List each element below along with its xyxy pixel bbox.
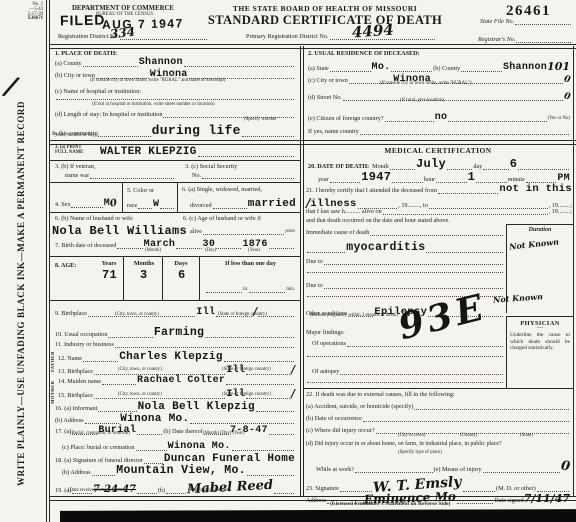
s16a-label: 16. (a) Informant [55, 405, 97, 412]
dotted-line [457, 501, 493, 504]
s3-ssn-label: 3. (c) Social Security [185, 163, 237, 170]
s2-city-note: (If outside city or town limits, write "… [380, 82, 472, 87]
s8-days-value: 6 [178, 268, 186, 282]
s15-note-2: (State or foreign country) [222, 393, 271, 398]
s6b-label: 6. (b) Name of husband or wife [55, 215, 133, 222]
dotted-line [176, 246, 201, 249]
filler-line [306, 380, 504, 383]
s2-country-row: If yes, name country [308, 128, 570, 135]
s2-title: 2. USUAL RESIDENCE OF DECEASED: [308, 50, 420, 57]
board-of-health-line: THE STATE BOARD OF HEALTH OF MISSOURI [210, 4, 440, 13]
s8-days-header: Days [168, 260, 194, 267]
cell-divider [177, 183, 178, 212]
dotted-line [515, 22, 571, 25]
of-autopsy-label: Of autopsy [312, 368, 339, 375]
age-divider [162, 257, 163, 300]
s2-state-label: (a) State [308, 65, 329, 72]
dotted-line [340, 372, 503, 375]
s1-hospital-line [55, 97, 295, 100]
dotted-line [247, 473, 294, 476]
s8-min-label: min. [286, 288, 295, 293]
dotted-line [108, 335, 152, 338]
s2-county-handwritten: 101 [547, 60, 570, 73]
due-to-label-2: Due to [306, 282, 323, 289]
s21-cause-value: myocarditis [346, 241, 425, 254]
s6b-value: Nola Bell Williams [52, 224, 187, 238]
s19a-note: (Date received local registrar) [68, 489, 125, 494]
dotted-line [330, 69, 371, 72]
s9-note-1: (City, town, or county) [115, 313, 159, 318]
medical-certification-title: MEDICAL CERTIFICATION [306, 146, 570, 155]
s21-cause-label: Immediate cause of death [306, 229, 369, 236]
s5-color-value: W [153, 199, 159, 210]
state-file-label: State File No. [480, 18, 514, 25]
s18b-label: (b) Address [62, 469, 91, 476]
s2-county-label: (b) County [433, 65, 460, 72]
s20-hour-label: hour [424, 176, 435, 183]
s23-date-signed-value: 7/11/47 [524, 492, 570, 505]
dotted-line [448, 119, 546, 122]
s17c-row: (c) Place: burial or cremation Winona Mo… [62, 441, 295, 451]
s18b-row: (b) Address Mountain View, Mo. [62, 464, 295, 476]
s22-title: 22. If death was due to external causes,… [306, 391, 455, 398]
s2-citizen-label: (e) Citizen of foreign country? [308, 115, 384, 122]
s20-year-value: 1947 [361, 170, 391, 184]
s22a-label: (a) Accident, suicide, or homicide (spec… [306, 403, 413, 410]
s2-city-label: (c) City or town [308, 77, 348, 84]
dotted-line [198, 154, 294, 157]
s22c-note-2: (County) [460, 434, 477, 439]
s3-name-row: WALTER KLEPZIG [100, 146, 295, 157]
s2-street-note: (If rural, give location) [400, 99, 444, 104]
right-border [573, 46, 574, 497]
s5-color-row: race W [127, 199, 175, 209]
dotted-line [360, 132, 569, 135]
s18a-label: 18. (a) Signature of funeral director [55, 457, 143, 464]
s22c-label: (c) Where did injury occur? [306, 427, 375, 434]
s17a-label: 17. (a) [55, 428, 71, 435]
dotted-line [274, 491, 294, 494]
dotted-line [190, 421, 294, 424]
s8-hr-label: hr. [243, 288, 248, 293]
s4-sex-row: 4. Sex M 0 [55, 198, 117, 208]
s1-county-row: (a) County Shannon [55, 57, 295, 67]
s2-country-label: If yes, name country [308, 128, 359, 135]
s3-ssn-no-label: No. [192, 172, 201, 179]
s6c-years-note: years [285, 230, 295, 235]
s5-color-label-1: 5. Color or [127, 187, 154, 194]
dotted-line [90, 176, 174, 179]
margin-rule-inner [49, 0, 50, 522]
dotted-line [414, 407, 569, 410]
section-rule-1 [50, 140, 576, 145]
s16a-row: 16. (a) Informant Nola Bell Klepzig [55, 401, 295, 412]
dotted-line [426, 250, 503, 253]
s2-citizen-row: (e) Citizen of foreign country? no (Yes … [308, 112, 570, 122]
s21-cause-row: Immediate cause of death [306, 229, 504, 236]
s21-seg-3: , 19........; [549, 208, 572, 215]
s22e-row: While at work? (e) Means of injury 0 [316, 459, 570, 473]
s3-veteran-war-label: name war [65, 172, 89, 179]
s3-name-label: 3. (a) PRINT FULL NAME [55, 146, 83, 156]
s3-veteran-war-row: name war [65, 172, 175, 179]
other-conditions-note: (Include pregnancy within 3 months of de… [310, 314, 398, 319]
dotted-line [115, 345, 294, 348]
physician-instruction: Underline the cause to which death shoul… [507, 331, 573, 353]
dotted-line [117, 246, 142, 249]
s4-sex-label: 4. Sex [55, 201, 70, 208]
of-operations-label: Of operations [312, 340, 346, 347]
s19b-note: (Registrar's signature) [188, 489, 230, 494]
s16b-value: Winona Mo. [120, 413, 189, 425]
s20-row2: year 1947 hour 1 minute PM [318, 170, 570, 183]
filler-line [306, 270, 504, 273]
dotted-line [232, 448, 294, 451]
dotted-line [516, 40, 571, 43]
form-code: X36671 [2, 17, 43, 22]
s20-row1: 20. DATE OF DEATH: Month July day 6 [308, 157, 570, 170]
dotted-line [102, 382, 136, 385]
s10-label: 10. Usual occupation [55, 331, 107, 338]
s2-state-value: Mo. [372, 62, 391, 73]
dotted-line [160, 206, 174, 209]
s22b-label: (b) Date of occurrence [306, 415, 362, 422]
s23-address-row: Address Eminence Mo Date signed 7/11/47 [306, 491, 570, 504]
s21-occurred-text: and that death occurred on the date and … [306, 217, 450, 224]
s20-year-label: year [318, 176, 329, 183]
primary-district-label: Primary Registration District No. [246, 33, 329, 40]
s12-label: 12. Name [58, 355, 82, 362]
s22d-note: (Specify type of place) [398, 451, 442, 456]
dotted-line [307, 270, 503, 273]
s20-day-value: 6 [510, 157, 518, 171]
s9-label: 9. Birthplace [55, 310, 87, 317]
s17b-label: (b) Date thereof [163, 428, 203, 435]
s17c-label: (c) Place: burial or cremation [62, 444, 135, 451]
s6c-label-1: 6. (c) Age of husband or wife if [183, 215, 261, 222]
dotted-line [98, 134, 150, 137]
dotted-line [138, 206, 152, 209]
dotted-line [438, 191, 498, 194]
header-rule [50, 44, 576, 49]
s21-certify-text: 21. I hereby certify that I attended the… [306, 187, 437, 194]
s3-veteran-label: 3. (b) If veteran, [55, 163, 95, 170]
dotted-line [307, 354, 503, 357]
dotted-line [136, 448, 167, 451]
dotted-line [355, 470, 432, 473]
s1-county-value: Shannon [139, 57, 183, 68]
age-divider [199, 257, 200, 300]
dotted-line [242, 134, 294, 137]
s11-label: 11. Industry or business [55, 341, 114, 348]
state-file-row: State File No. [480, 18, 572, 25]
column-divider-b [303, 46, 304, 497]
dotted-line [391, 69, 432, 72]
s1-community-note: years, months or days) [55, 134, 98, 139]
rule [304, 388, 573, 389]
s2-street-handwritten: 0 [563, 91, 571, 102]
dotted-line [385, 119, 434, 122]
s2-city-handwritten: 0 [563, 74, 571, 85]
due-to-label-1: Due to [306, 258, 323, 265]
dotted-line [347, 344, 503, 347]
dotted-line [226, 382, 294, 385]
s17b-note: (Month) (Day) (Year) [203, 432, 245, 437]
s8-less-header: If less than one day [208, 260, 293, 267]
s2-street-label: (d) Street No. [308, 94, 342, 101]
s16b-label: (b) Address [55, 417, 84, 424]
while-at-work-label: While at work? [316, 466, 354, 473]
dotted-line [269, 246, 294, 249]
dotted-line [202, 176, 294, 179]
s17c-value: Winona Mo. [168, 441, 231, 452]
s10-row: 10. Usual occupation Farming [55, 326, 295, 338]
s6c-label-2: alive [190, 228, 202, 235]
dotted-line [249, 290, 285, 293]
dotted-line [483, 470, 560, 473]
of-autopsy-row: Of autopsy [312, 368, 504, 375]
due-to-row-1: Due to [306, 258, 504, 265]
s6a-label-2: divorced [190, 202, 212, 209]
dotted-line [256, 409, 294, 412]
s21-row1: 21. I hereby certify that I attended the… [306, 183, 572, 194]
s21-row3: that I last saw h.......... alive on , 1… [306, 208, 572, 215]
registration-district-value: 334 [109, 25, 135, 42]
margin-instruction-text: WRITE PLAINLY—USE UNFADING BLACK INK—MAK… [16, 66, 26, 486]
death-certificate-scan: No. 2 —5-43 5-17-39 X36671 / WRITE PLAIN… [0, 0, 576, 522]
s10-value: Farming [154, 326, 204, 339]
dotted-line [370, 233, 503, 236]
filed-stamp: FILED [60, 12, 106, 29]
s18a-row: 18. (a) Signature of funeral director Du… [55, 453, 295, 464]
s16a-value: Nola Bell Klepzig [138, 401, 255, 413]
s14-label: 14. Maiden name [58, 378, 101, 385]
s6a-row: divorced married [190, 198, 296, 209]
s23-date-signed-label: Date signed [494, 497, 523, 504]
s1-county-label: (a) County [55, 60, 82, 67]
s2-citizen-note: (Yes or No) [548, 117, 570, 122]
filler-line [306, 354, 504, 357]
duration-box: Duration Not Known Not Known [506, 224, 573, 313]
dotted-line [92, 473, 116, 476]
rule [50, 256, 300, 257]
dotted-line [224, 359, 294, 362]
s21-value-1: not in this [499, 183, 572, 195]
s8-months-header: Months [128, 260, 160, 267]
duration-header: Duration [507, 227, 573, 234]
s15-handwritten-mark: / [291, 387, 295, 400]
s8-months-value: 3 [140, 268, 148, 282]
s7-label: 7. Birth date of deceased [55, 242, 116, 249]
s22d-label: (d) Did injury occur in or about home, o… [306, 441, 572, 447]
s3-name-label-2: FULL NAME [55, 151, 83, 156]
s5-color-label-2: race [127, 202, 137, 209]
s13-note-1: (City, town, or county) [118, 368, 162, 373]
column-divider-a [300, 46, 301, 497]
means-of-injury-label: (e) Means of injury [434, 466, 482, 473]
s21-cause-value-row: myocarditis [306, 241, 504, 253]
dotted-line [85, 421, 120, 424]
dotted-line [71, 205, 102, 208]
s12-value: Charles Klepzig [119, 351, 223, 363]
dotted-line [213, 206, 247, 209]
s9-value: Ill [196, 307, 215, 318]
s1-stay-label: (d) Length of stay: In hospital or insti… [55, 111, 162, 118]
s20-minute-label: minute [508, 176, 525, 183]
s8-years-header: Years [95, 260, 123, 267]
dotted-line [166, 491, 186, 494]
s9-note-2: (State or foreign country) [218, 313, 267, 318]
dotted-line [137, 491, 157, 494]
s18b-value: Mountain View, Mo. [116, 464, 246, 477]
s4-handwritten-mark: 0 [109, 197, 118, 209]
dotted-line [307, 380, 503, 383]
dotted-line [324, 262, 503, 265]
s20-label: 20. DATE OF DEATH: [308, 163, 369, 170]
dotted-line [269, 432, 294, 435]
s13-label: 13. Birthplace [58, 368, 93, 375]
s14-row: 14. Maiden name Rachael Colter [58, 375, 295, 385]
s13-note-2: (State or foreign country) [222, 368, 271, 373]
father-rotated-label: FATHER [50, 344, 55, 372]
s8-age-label: 8. AGE: [55, 262, 76, 269]
s22a-row: (a) Accident, suicide, or homicide (spec… [306, 403, 570, 410]
s11-row: 11. Industry or business [55, 341, 295, 348]
form-code-block: No. 2 —5-43 5-17-39 X36671 [2, 3, 43, 22]
s16b-row: (b) Address Winona Mo. [55, 413, 295, 424]
dotted-line [83, 359, 118, 362]
registrar-no-label: Registrar's No. [478, 36, 515, 43]
s12-row: 12. Name Charles Klepzig [58, 351, 295, 362]
dotted-line [184, 64, 294, 67]
cell-divider [122, 183, 123, 212]
s22c-note-3: (State) [520, 434, 533, 439]
s2-citizen-value: no [435, 112, 448, 123]
s23-address-label: Address [306, 497, 326, 504]
scan-shadow-band [60, 509, 576, 522]
s2-state-row: (a) State Mo. (b) County Shannon 101 [308, 60, 570, 72]
s2-county-value: Shannon [503, 62, 547, 73]
s15-note-1: (City, town, or county) [118, 393, 162, 398]
s21-last-saw-text: that I last saw h.......... alive on [306, 208, 382, 215]
rule [50, 212, 300, 213]
s15-label: 15. Birthplace [58, 392, 93, 399]
dotted-line [363, 419, 569, 422]
margin-rule-outer [46, 0, 47, 522]
dotted-line [56, 97, 294, 100]
dotted-line [205, 335, 294, 338]
dotted-line [383, 212, 548, 215]
certificate-title: STANDARD CERTIFICATE OF DEATH [198, 13, 452, 28]
mother-rotated-label: MOTHER [50, 376, 55, 404]
dotted-line [137, 432, 162, 435]
dotted-line [203, 232, 284, 235]
s20-month-value: July [416, 157, 446, 171]
s19b-label: (b) [158, 487, 165, 494]
age-divider [123, 257, 124, 300]
dotted-line [461, 69, 502, 72]
s8-hr-min-row: hr. min. [205, 288, 295, 293]
rule [50, 300, 300, 301]
s22c-note-1: (City or town) [398, 434, 425, 439]
primary-district-value: 4494 [351, 21, 394, 42]
registrar-no-row: Registrar's No. [478, 36, 572, 43]
duration-handwritten-1: Not Known [509, 236, 560, 251]
s20-hour-value: 1 [468, 170, 476, 184]
s3-name-value: WALTER KLEPZIG [100, 146, 197, 158]
primary-district-row: Primary Registration District No. [246, 33, 436, 40]
dotted-line [98, 409, 136, 412]
s20-month-label: Month [372, 163, 389, 170]
rule [50, 182, 300, 183]
s6a-value: married [248, 198, 296, 210]
major-findings-label: Major findings: [306, 329, 345, 336]
dotted-line [83, 64, 138, 67]
means-of-injury-handwritten: 0 [560, 458, 571, 474]
s6c-row: alive years [190, 228, 295, 235]
dotted-line [327, 501, 363, 504]
s1-community-value: during life [152, 123, 241, 138]
s1-hospital-label: (c) Name of hospital or institution: [55, 88, 141, 95]
rule [50, 160, 300, 161]
s6a-label-1: 6. (a) Single, widowed, married, [182, 186, 262, 193]
s7-month-note: (Month) [145, 249, 161, 254]
physician-box: PHYSICIAN — Underline the cause to which… [506, 316, 573, 389]
s7-year-note: (Year) [248, 249, 260, 254]
s8-years-value: 71 [102, 268, 117, 282]
s17a-note: (Burial, cremation, or removal) [70, 432, 130, 437]
dotted-line [307, 250, 345, 253]
s3-ssn-no-row: No. [192, 172, 295, 179]
s1-hospital-note: (If not in hospital or institution, writ… [92, 103, 214, 108]
dotted-line [216, 246, 241, 249]
s7-day-note: (Day) [205, 249, 216, 254]
s22b-row: (b) Date of occurrence [306, 415, 570, 422]
s14-value: Rachael Colter [137, 375, 225, 386]
s1-city-note: (If outside city or town limits, write "… [90, 79, 225, 84]
dotted-line [206, 290, 242, 293]
dotted-line [343, 98, 563, 101]
s20-day-label: day [473, 163, 482, 170]
